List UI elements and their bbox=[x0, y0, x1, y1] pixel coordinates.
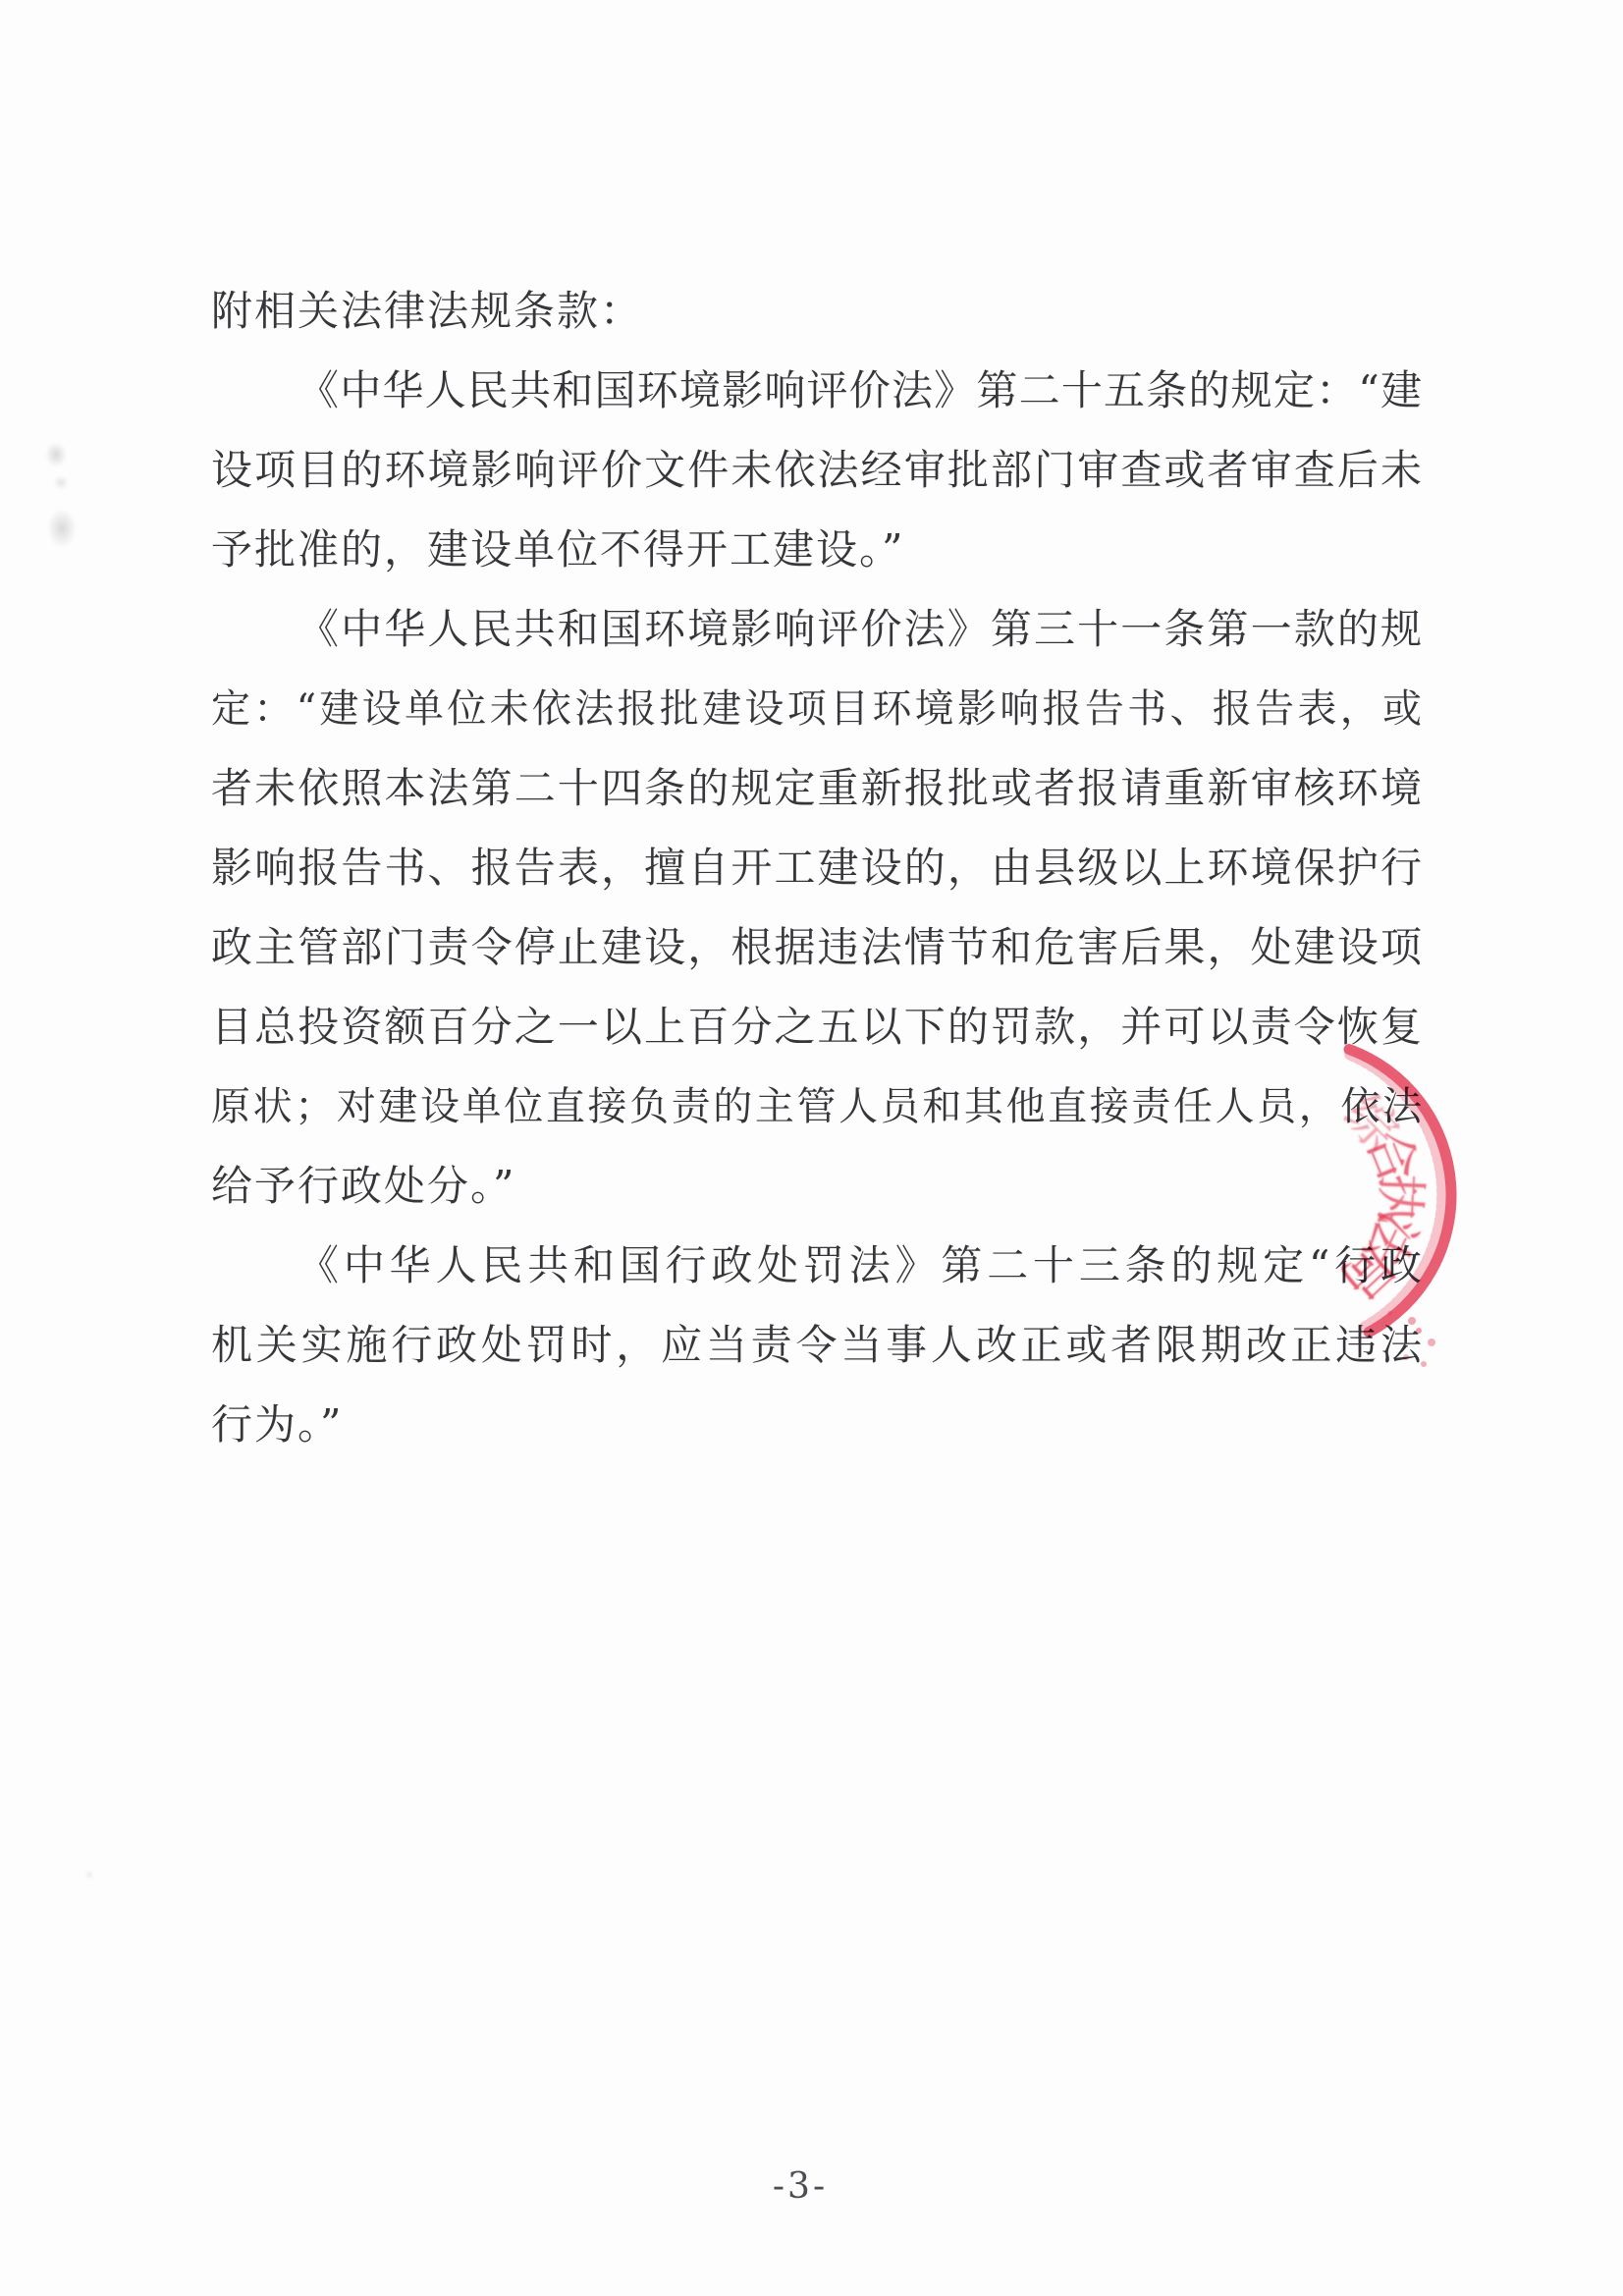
text-line: 行为。” bbox=[211, 1398, 1422, 1451]
scan-smudge bbox=[45, 442, 67, 467]
scan-smudge bbox=[84, 1870, 94, 1880]
scan-smudge bbox=[53, 475, 69, 490]
text-line: 定：“建设单位未依法报批建设项目环境影响报告书、报告表，或 bbox=[211, 683, 1422, 736]
page-number: -3- bbox=[0, 2166, 1600, 2207]
text-line: 者未依照本法第二十四条的规定重新报批或者报请重新审核环境 bbox=[211, 762, 1422, 815]
text-line: 目总投资额百分之一以上百分之五以下的罚款，并可以责令恢复 bbox=[211, 1001, 1422, 1054]
text-line: 给予行政处分。” bbox=[211, 1160, 1422, 1213]
text-line: 设项目的环境影响评价文件未依法经审批部门审查或者审查后未 bbox=[211, 444, 1422, 497]
text-line: 机关实施行政处罚时，应当责令当事人改正或者限期改正违法 bbox=[211, 1319, 1422, 1372]
text-line: 影响报告书、报告表，擅自开工建设的，由县级以上环境保护行 bbox=[211, 842, 1422, 895]
text-line: 原状；对建设单位直接负责的主管人员和其他直接责任人员，依法 bbox=[211, 1080, 1422, 1133]
text-lines: 附相关法律法规条款：《中华人民共和国环境影响评价法》第二十五条的规定：“建设项目… bbox=[0, 0, 1623, 2296]
document-page: 附相关法律法规条款：《中华人民共和国环境影响评价法》第二十五条的规定：“建设项目… bbox=[0, 0, 1623, 2296]
scan-smudge bbox=[47, 509, 77, 548]
text-line: 《中华人民共和国行政处罚法》第二十三条的规定“行政 bbox=[211, 1239, 1422, 1292]
text-line: 予批准的，建设单位不得开工建设。” bbox=[211, 523, 1422, 576]
text-line: 政主管部门责令停止建设，根据违法情节和危害后果，处建设项 bbox=[211, 921, 1422, 974]
heading-line: 附相关法律法规条款： bbox=[211, 285, 1422, 338]
text-line: 《中华人民共和国环境影响评价法》第二十五条的规定：“建 bbox=[211, 364, 1422, 417]
text-line: 《中华人民共和国环境影响评价法》第三十一条第一款的规 bbox=[211, 603, 1422, 656]
